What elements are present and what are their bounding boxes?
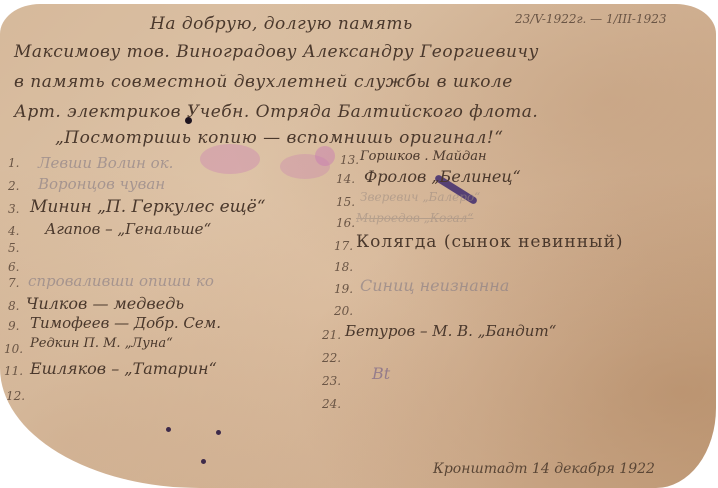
list-number: 20. xyxy=(334,304,353,318)
list-item: Тимофеев — Добр. Сем. xyxy=(30,314,221,332)
violet-stain xyxy=(200,144,260,174)
violet-stamp-mark: Вt xyxy=(372,364,390,383)
list-item: Левши Волин ок. xyxy=(38,154,173,172)
list-item: Минин „П. Геркулес ещё“ xyxy=(30,197,265,217)
list-item: Горшков . Майдан xyxy=(360,149,487,164)
list-number: 1. xyxy=(8,156,19,170)
list-number: 16. xyxy=(336,216,355,230)
list-number: 8. xyxy=(8,299,19,313)
list-number: 4. xyxy=(8,224,19,238)
list-item: Мироедов „Когал“ xyxy=(356,211,473,225)
list-number: 5. xyxy=(8,241,19,255)
list-number: 14. xyxy=(336,172,355,186)
list-number: 3. xyxy=(8,202,19,216)
list-item: Фролов „Белинец“ xyxy=(364,167,521,186)
ink-dot xyxy=(216,430,221,435)
list-number: 7. xyxy=(8,276,19,290)
list-item: Колягда (сынок невинный) xyxy=(356,232,624,252)
list-number: 19. xyxy=(334,282,353,296)
date-top: 23/V-1922г. — 1/III-1923 xyxy=(515,12,666,26)
quote-line: „Посмотришь копию — вспомнишь оригинал!“ xyxy=(55,128,503,148)
list-number: 13. xyxy=(340,153,359,167)
dedication-line-4: Арт. электриков Учебн. Отряда Балтийског… xyxy=(14,102,538,122)
dedication-line-3: в память совместной двухлетней службы в … xyxy=(14,72,513,92)
list-number: 23. xyxy=(322,374,341,388)
list-item: Воронцов чуван xyxy=(38,175,165,193)
list-item: Синиц неизнанна xyxy=(360,276,509,295)
list-number: 18. xyxy=(334,260,353,274)
list-number: 6. xyxy=(8,260,19,274)
list-number: 10. xyxy=(4,342,23,356)
list-item: Чилков — медведь xyxy=(26,294,184,313)
dedication-line-1: На добрую, долгую память xyxy=(150,14,413,34)
list-number: 9. xyxy=(8,319,19,333)
list-number: 11. xyxy=(4,364,23,378)
ink-dot xyxy=(166,427,171,432)
list-number: 17. xyxy=(334,239,353,253)
list-item: Редкин П. М. „Луна“ xyxy=(30,336,173,351)
list-item: Бетуров – М. В. „Бандит“ xyxy=(345,322,556,340)
list-item: Зверевич „Балеро“ xyxy=(360,190,480,204)
violet-stain xyxy=(315,146,335,166)
list-number: 22. xyxy=(322,351,341,365)
list-number: 21. xyxy=(322,328,341,342)
list-item: Ешляков – „Татарин“ xyxy=(30,359,217,378)
ink-dot xyxy=(201,459,206,464)
list-number: 15. xyxy=(336,195,355,209)
list-number: 12. xyxy=(6,389,25,403)
photo-card-back: На добрую, долгую память 23/V-1922г. — 1… xyxy=(0,4,716,488)
list-number: 24. xyxy=(322,397,341,411)
place-and-date: Кронштадт 14 декабря 1922 xyxy=(433,461,655,477)
list-number: 2. xyxy=(8,179,19,193)
list-item: спроваливши опиши ко xyxy=(28,272,214,290)
list-item: Агапов – „Генальше“ xyxy=(45,220,211,238)
dedication-line-2: Максимову тов. Виноградову Александру Ге… xyxy=(14,42,539,62)
